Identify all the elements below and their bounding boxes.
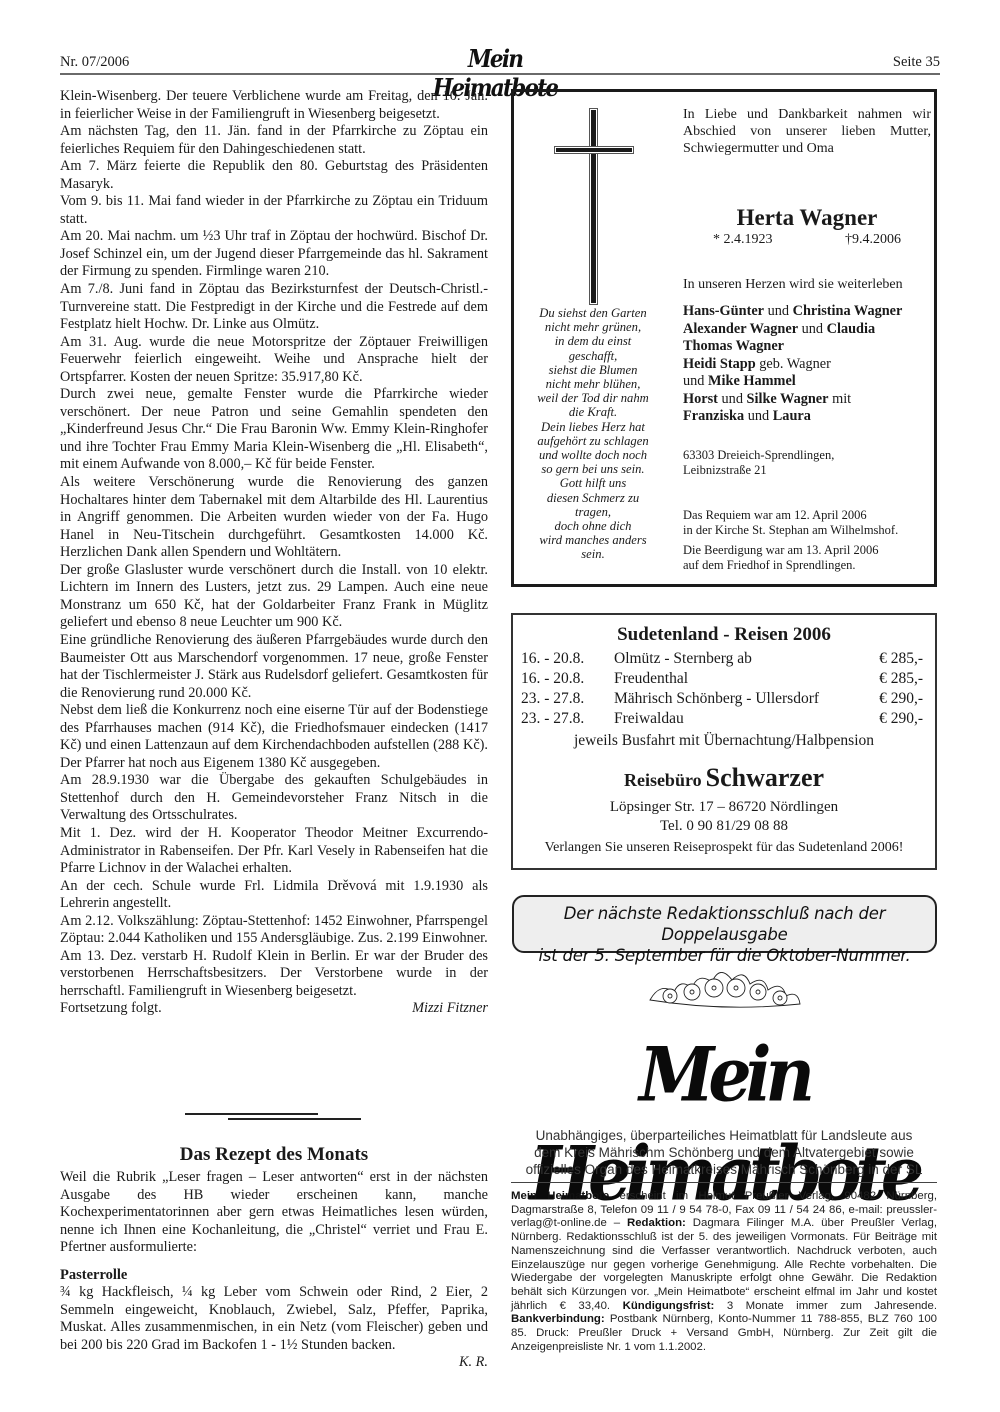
flower-ornament-icon — [640, 960, 810, 1010]
agency-address: Löpsinger Str. 17 – 86720 Nördlingen — [513, 798, 935, 817]
obituary-notice: Du siehst den Garten nicht mehr grünen, … — [511, 89, 937, 587]
chronicle-article: Klein-Wisenberg. Der teuere Verblichene … — [60, 88, 488, 1018]
article-author: Mizzi Fitzner — [412, 1000, 488, 1018]
trip-row: 16. - 20.8. Freudenthal € 285,- — [521, 669, 931, 689]
recipe-signoff: K. R. — [60, 1354, 488, 1372]
recipe-section: Das Rezept des Monats Weil die Rubrik „L… — [60, 1143, 488, 1372]
cross-icon — [591, 110, 596, 303]
trip-row: 16. - 20.8. Olmütz - Sternberg ab € 285,… — [521, 649, 931, 669]
article-paragraph: Am 7./8. Juni fand in Zöptau das Bezirks… — [60, 281, 488, 334]
article-signoff: Fortsetzung folgt. Mizzi Fitzner — [60, 1000, 488, 1018]
article-paragraph: An der cech. Schule wurde Frl. Lidmila D… — [60, 878, 488, 913]
family-address: 63303 Dreieich-Sprendlingen, Leibnizstra… — [683, 448, 931, 478]
article-paragraph: Am 2.12. Volkszählung: Zöptau-Stettenhof… — [60, 913, 488, 948]
imprint: Mein Heimatbote erscheint im Helmut Preu… — [511, 1190, 937, 1354]
mourners-list: Hans-Günter und Christina Wagner Alexand… — [683, 303, 931, 426]
page-number: Seite 35 — [893, 54, 940, 71]
article-paragraph: Am nächsten Tag, den 11. Jän. fand in de… — [60, 123, 488, 158]
recipe-intro: Weil die Rubrik „Leser fragen – Leser an… — [60, 1169, 488, 1257]
requiem-info: Das Requiem war am 12. April 2006 in der… — [683, 508, 931, 538]
article-paragraph: Als weitere Verschönerung wurde die Reno… — [60, 474, 488, 562]
trip-row: 23. - 27.8. Freiwaldau € 290,- — [521, 709, 931, 729]
obituary-motto: In unseren Herzen wird sie weiterleben — [683, 276, 931, 293]
recipe-author: K. R. — [459, 1354, 488, 1372]
travel-title: Sudetenland - Reisen 2006 — [513, 623, 935, 647]
article-paragraph: Am 7. März feierte die Republik den 80. … — [60, 158, 488, 193]
article-paragraph: Nebst dem ließ die Konkurrenz noch eine … — [60, 702, 488, 772]
continued-note: Fortsetzung folgt. — [60, 1000, 162, 1018]
masthead-logo: Mein Heimatbote — [511, 1026, 937, 1125]
obituary-poem: Du siehst den Garten nicht mehr grünen, … — [520, 306, 666, 562]
article-paragraph: Am 28.9.1930 war die Übergabe des gekauf… — [60, 772, 488, 825]
birth-date: * 2.4.1923 — [713, 231, 773, 248]
article-paragraph: Am 20. Mai nachm. um ½3 Uhr traf in Zöpt… — [60, 228, 488, 281]
agency-phone: Tel. 0 90 81/29 08 88 — [513, 817, 935, 836]
section-divider — [185, 1113, 361, 1123]
article-paragraph: Vom 9. bis 11. Mai fand wieder in der Pf… — [60, 193, 488, 228]
recipe-dish-name: Pasterrolle — [60, 1267, 488, 1285]
imprint-divider — [511, 1182, 937, 1183]
trip-table: 16. - 20.8. Olmütz - Sternberg ab € 285,… — [521, 649, 931, 729]
issue-number: Nr. 07/2006 — [60, 54, 129, 71]
life-dates: * 2.4.1923 †9.4.2006 — [683, 231, 931, 248]
page-header: Nr. 07/2006 Mein Heimatbote Seite 35 — [60, 44, 940, 74]
recipe-title: Das Rezept des Monats — [60, 1143, 488, 1167]
burial-info: Die Beerdigung war am 13. April 2006 auf… — [683, 543, 931, 573]
article-paragraph: Eine gründliche Renovierung des äußeren … — [60, 632, 488, 702]
recipe-body: ¾ kg Hackfleisch, ¼ kg Leber vom Schwein… — [60, 1284, 488, 1354]
agency-name: Reisebüro Schwarzer — [513, 764, 935, 796]
travel-advertisement: Sudetenland - Reisen 2006 16. - 20.8. Ol… — [511, 613, 937, 870]
trip-row: 23. - 27.8. Mährisch Schönberg - Ullersd… — [521, 689, 931, 709]
cross-icon-bar — [556, 148, 632, 152]
header-divider — [60, 73, 940, 75]
article-paragraph: Mit 1. Dez. wird der H. Kooperator Theod… — [60, 825, 488, 878]
agency-cta: Verlangen Sie unseren Reiseprospekt für … — [513, 839, 935, 857]
deadline-notice: Der nächste Redaktionsschluß nach der Do… — [512, 895, 937, 953]
masthead-tagline: Unabhängiges, überparteiliches Heimatbla… — [511, 1127, 937, 1178]
death-date: †9.4.2006 — [845, 231, 901, 248]
travel-note: jeweils Busfahrt mit Übernachtung/Halbpe… — [513, 732, 935, 750]
article-paragraph: Am 31. Aug. wurde die neue Motorspritze … — [60, 334, 488, 387]
article-paragraph: Der große Glasluster wurde verschönert d… — [60, 562, 488, 632]
article-paragraph: Durch zwei neue, gemalte Fenster wurde d… — [60, 386, 488, 474]
article-paragraph: Klein-Wisenberg. Der teuere Verblichene … — [60, 88, 488, 123]
obituary-text: In Liebe und Dankbarkeit nahmen wir Absc… — [683, 106, 931, 573]
obituary-intro: In Liebe und Dankbarkeit nahmen wir Absc… — [683, 106, 931, 157]
deceased-name: Herta Wagner — [683, 205, 931, 231]
article-paragraph: Am 13. Dez. verstarb H. Rudolf Klein in … — [60, 948, 488, 1001]
